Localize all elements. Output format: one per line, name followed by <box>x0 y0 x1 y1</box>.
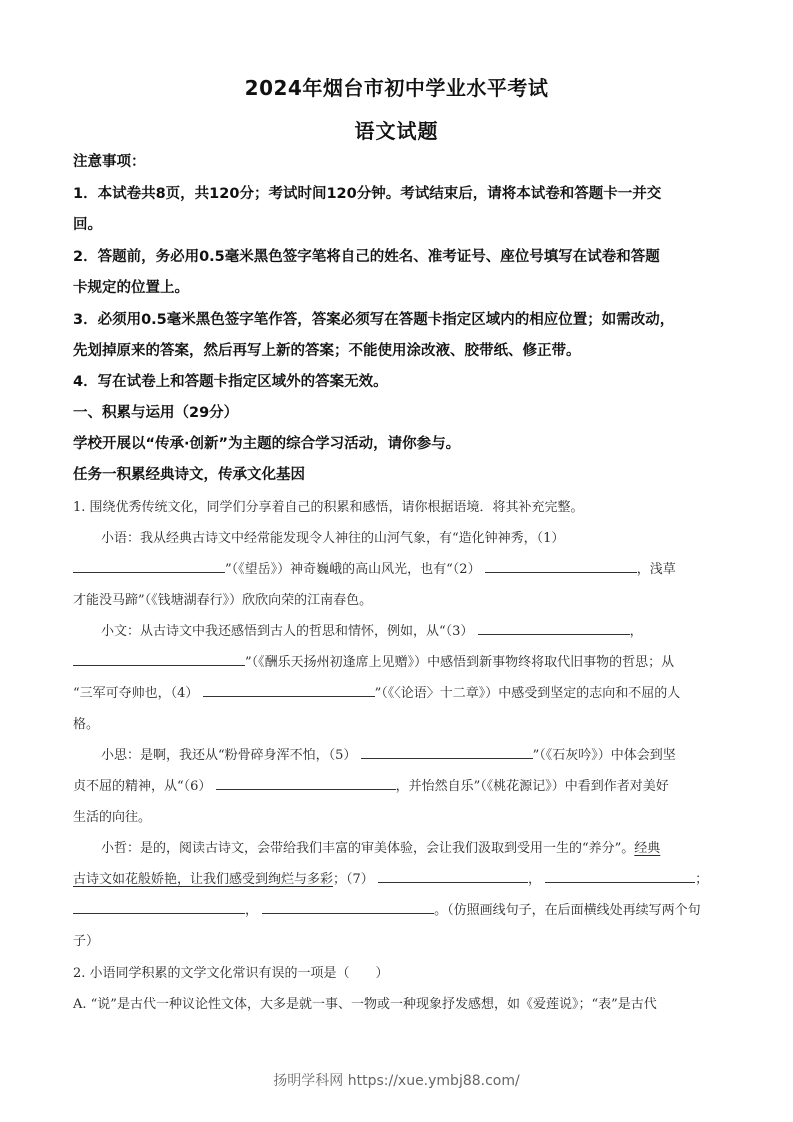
model-sentence: 古诗文如花般娇艳，让我们感受到绚烂与多彩 <box>73 872 333 887</box>
question-2-option-a[interactable]: A. “说”是古代一种议论性文体，大多是就一事、一物或一种现象抒发感想，如《爱莲… <box>73 993 723 1012</box>
blank-7a[interactable] <box>378 870 528 883</box>
exam-title: 2024年烟台市初中学业水平考试 <box>0 72 793 101</box>
xiaozhe-line-2: 古诗文如花般娇艳，让我们感受到绚烂与多彩；（7） ， ； <box>73 868 723 887</box>
xiaozhe-line-1: 小哲：是的，阅读古诗文，会带给我们丰富的审美体验，会让我们汲取到受用一生的“养分… <box>73 837 751 856</box>
xiaosi-line-1-text: 小思：是啊，我还从“粉骨碎身浑不怕，（5） <box>101 748 356 763</box>
comma: ， <box>245 903 258 918</box>
xiaowen-line-2-text: ”（《酬乐天扬州初逢席上见赠》）中感悟到新事物终将取代旧事物的哲思；从 <box>245 655 674 670</box>
xiaoyu-line-2: ”（《望岳》）神奇巍峨的高山风光，也有“（2） ，浅草 <box>73 558 723 577</box>
blank-7c[interactable] <box>73 901 245 914</box>
xiaozhe-line-4: 子） <box>73 930 723 949</box>
section-heading: 一、积累与运用（29分） <box>73 401 723 422</box>
task-heading: 任务一积累经典诗文，传承文化基因 <box>73 463 723 484</box>
xiaowen-line-3: “三军可夺帅也，（4） ”（《〈论语〉十二章》）中感受到坚定的志向和不屈的人 <box>73 682 723 701</box>
notice-item-1: 1．本试卷共8页，共120分；考试时间120分钟。考试结束后，请将本试卷和答题卡… <box>73 182 723 203</box>
notice-item-3-cont: 先划掉原来的答案，然后再写上新的答案；不能使用涂改液、胶带纸、修正带。 <box>73 339 723 360</box>
notice-heading: 注意事项： <box>73 150 723 171</box>
blank-4[interactable] <box>203 684 375 697</box>
blank-7b[interactable] <box>545 870 695 883</box>
xiaoyu-line-1: 小语：我从经典古诗文中经常能发现令人神往的山河气象，有“造化钟神秀，（1） <box>73 527 751 546</box>
exam-page: 2024年烟台市初中学业水平考试 语文试题 注意事项： 1．本试卷共8页，共12… <box>0 0 793 1122</box>
xiaosi-line-2: 贞不屈的精神，从“（6） ，并怡然自乐”（《桃花源记》）中看到作者对美好 <box>73 775 723 794</box>
blank-3a[interactable] <box>478 622 630 635</box>
xiaoyu-line-3: 才能没马蹄”（《钱塘湖春行》）欣欣向荣的江南春色。 <box>73 589 723 608</box>
comma: ， <box>528 872 541 887</box>
xiaosi-line-1: 小思：是啊，我还从“粉骨碎身浑不怕，（5） ”（《石灰吟》）中体会到坚 <box>73 744 751 763</box>
xiaowen-line-4: 格。 <box>73 713 723 732</box>
blank-6[interactable] <box>216 777 396 790</box>
blank-3b[interactable] <box>73 653 245 666</box>
notice-item-2-cont: 卡规定的位置上。 <box>73 276 723 297</box>
xiaosi-line-3: 生活的向往。 <box>73 806 723 825</box>
xiaozhe-line-3-text: 。（仿照画线句子，在后面横线处再续写两个句 <box>434 903 701 918</box>
blank-1[interactable] <box>73 560 225 573</box>
notice-item-4: 4．写在试卷上和答题卡指定区域外的答案无效。 <box>73 370 723 391</box>
blank-2[interactable] <box>485 560 637 573</box>
xiaowen-line-1-end: ， <box>630 624 643 639</box>
model-sentence-start: 经典 <box>634 841 660 856</box>
xiaowen-line-1: 小文：从古诗文中我还感悟到古人的哲思和情怀，例如，从“（3） ， <box>73 620 751 639</box>
xiaowen-line-2: ”（《酬乐天扬州初逢席上见赠》）中感悟到新事物终将取代旧事物的哲思；从 <box>73 651 723 670</box>
xiaowen-line-1-text: 小文：从古诗文中我还感悟到古人的哲思和情怀，例如，从“（3） <box>101 624 473 639</box>
xiaozhe-line-2-label: ；（7） <box>333 872 374 887</box>
xiaoyu-line-2-text: ”（《望岳》）神奇巍峨的高山风光，也有“（2） <box>225 562 481 577</box>
xiaowen-line-3-text: “三军可夺帅也，（4） <box>73 686 198 701</box>
watermark-footer: 扬明学科网 https://xue.ymbj88.com/ <box>0 1070 793 1090</box>
exam-subtitle: 语文试题 <box>0 115 793 144</box>
notice-item-2: 2．答题前，务必用0.5毫米黑色签字笔将自己的姓名、准考证号、座位号填写在试卷和… <box>73 245 723 266</box>
question-1-stem: 1. 围绕优秀传统文化，同学们分享着自己的积累和感悟，请你根据语境．将其补充完整… <box>73 496 723 515</box>
blank-5[interactable] <box>361 746 533 759</box>
xiaosi-line-2-text: 贞不屈的精神，从“（6） <box>73 779 211 794</box>
notice-item-1-cont: 回。 <box>73 213 723 234</box>
blank-7d[interactable] <box>262 901 434 914</box>
xiaowen-line-3-end: ”（《〈论语〉十二章》）中感受到坚定的志向和不屈的人 <box>375 686 681 701</box>
xiaosi-line-1-end: ”（《石灰吟》）中体会到坚 <box>533 748 676 763</box>
semicolon: ； <box>695 872 708 887</box>
xiaozhe-line-1-text: 小哲：是的，阅读古诗文，会带给我们丰富的审美体验，会让我们汲取到受用一生的“养分… <box>101 841 634 856</box>
question-2-stem: 2. 小语同学积累的文学文化常识有误的一项是（ ） <box>73 962 723 981</box>
xiaozhe-line-3: ， 。（仿照画线句子，在后面横线处再续写两个句 <box>73 899 723 918</box>
xiaoyu-line-2-end: ，浅草 <box>637 562 676 577</box>
activity-intro: 学校开展以“传承·创新”为主题的综合学习活动，请你参与。 <box>73 432 723 453</box>
notice-item-3: 3．必须用0.5毫米黑色签字笔作答，答案必须写在答题卡指定区域内的相应位置；如需… <box>73 308 723 329</box>
xiaosi-line-2-end: ，并怡然自乐”（《桃花源记》）中看到作者对美好 <box>396 779 669 794</box>
